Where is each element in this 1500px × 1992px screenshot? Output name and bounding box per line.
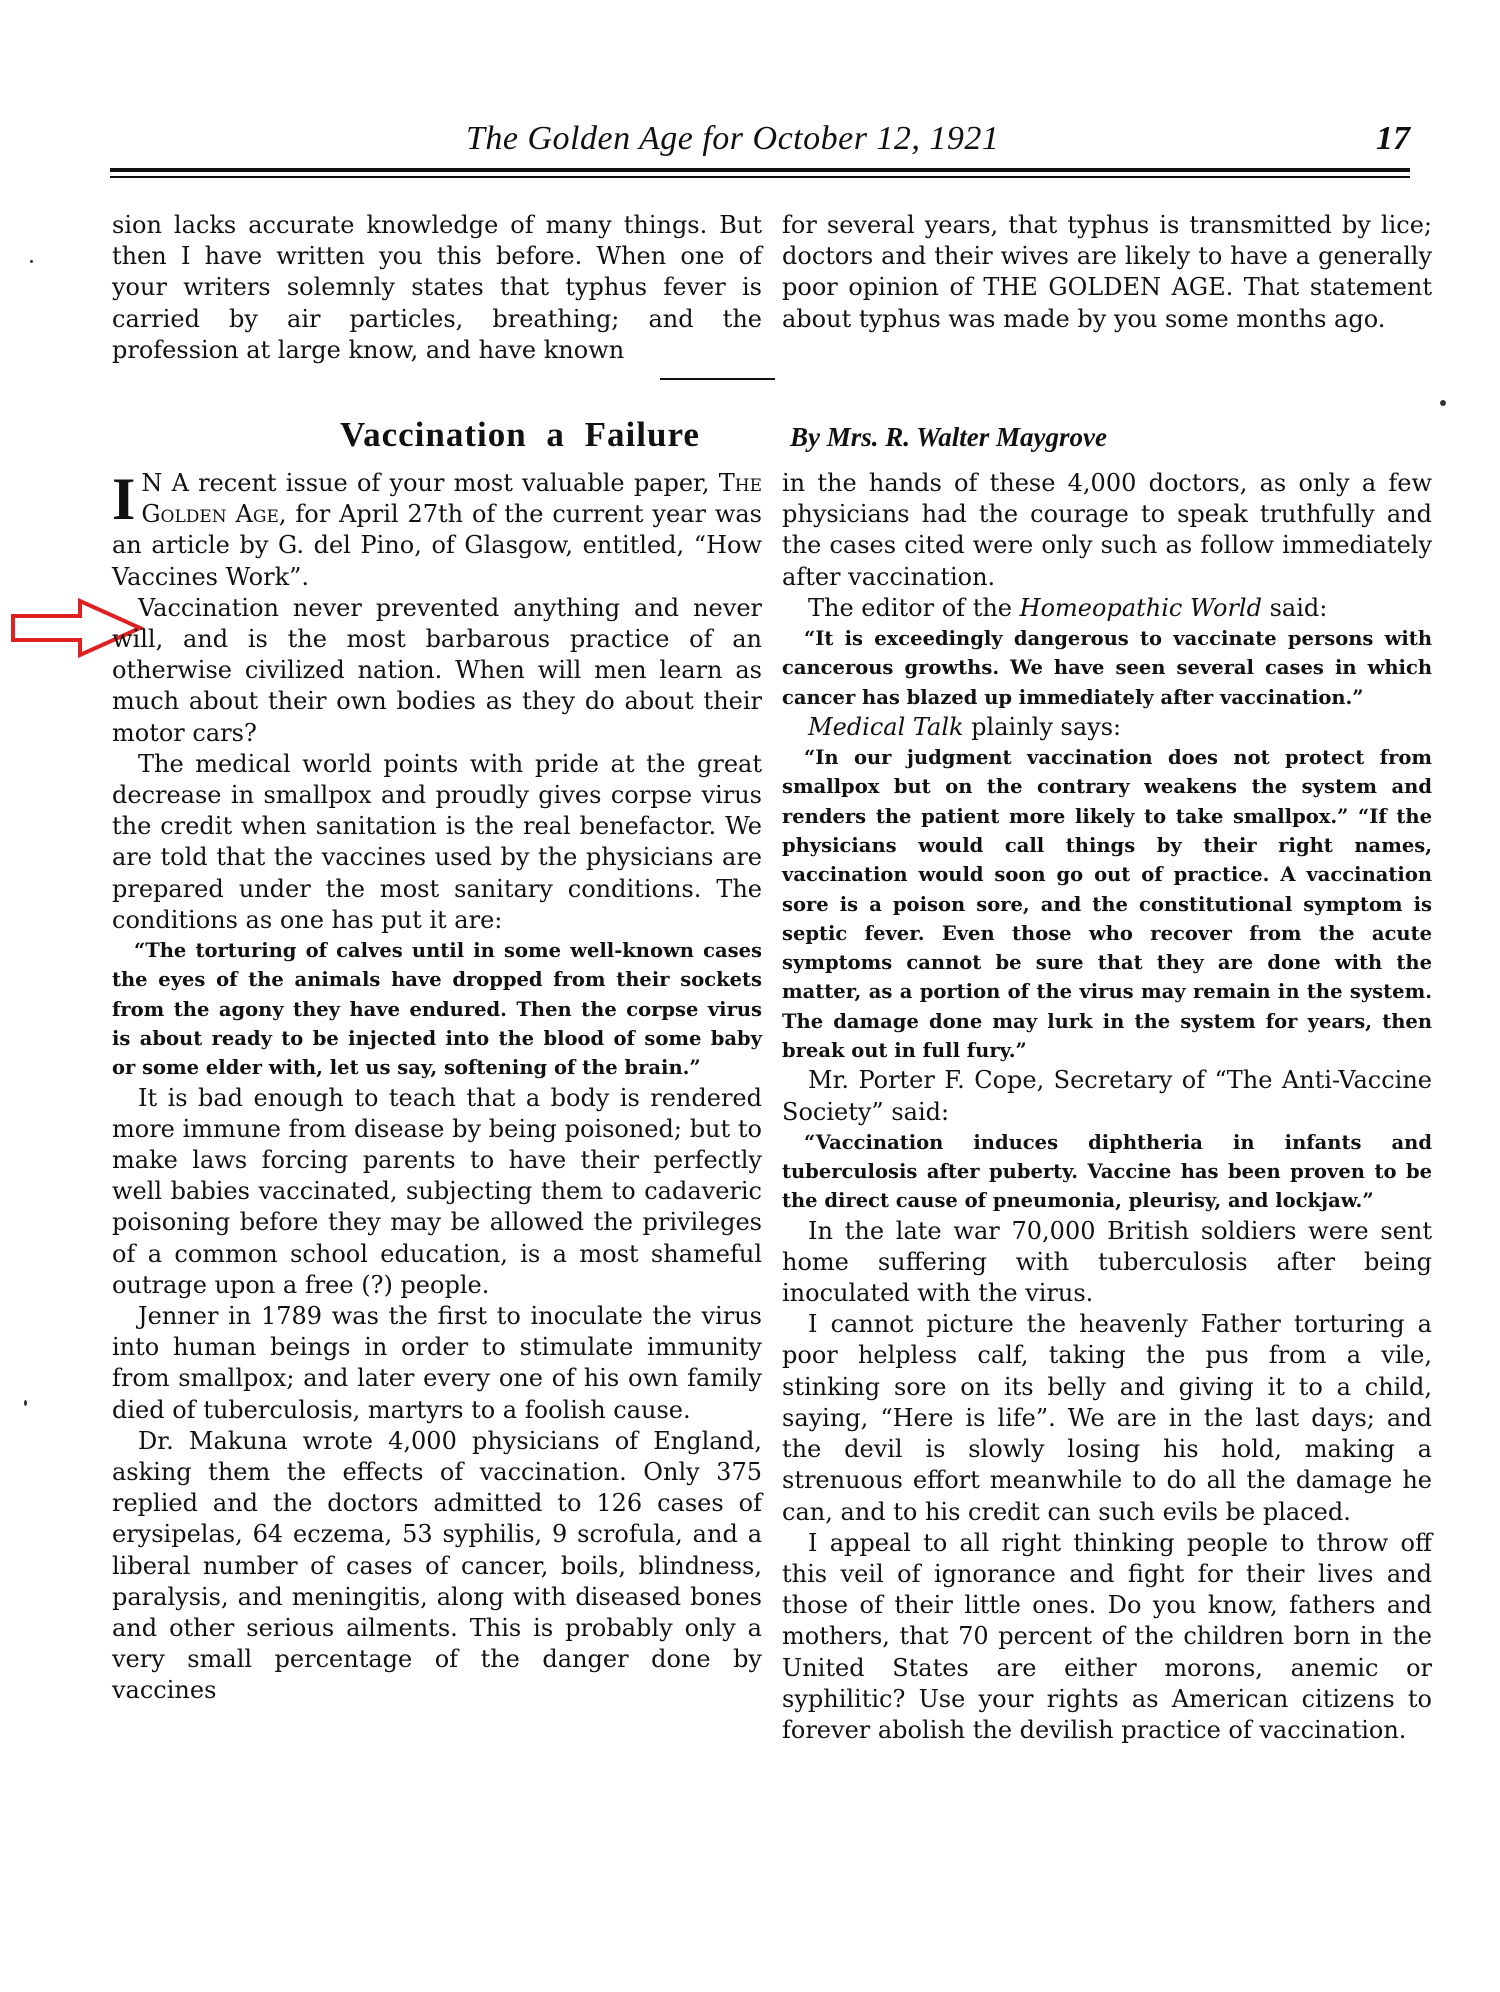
- header-rule-thick: [110, 168, 1410, 172]
- paragraph: In the late war 70,000 British soldiers …: [782, 1216, 1432, 1310]
- drop-cap: I: [112, 474, 135, 524]
- paragraph: It is bad enough to teach that a body is…: [112, 1083, 762, 1301]
- running-title: The Golden Age for October 12, 1921: [466, 120, 999, 158]
- scan-speck: [24, 1400, 27, 1406]
- section-divider: [660, 378, 775, 380]
- continued-right-text: for several years, that typhus is transm…: [782, 210, 1432, 335]
- paragraph: The editor of the Homeopathic World said…: [782, 593, 1432, 624]
- paragraph: I cannot picture the heavenly Father tor…: [782, 1309, 1432, 1527]
- continued-left-column: sion lacks accurate knowledge of many th…: [112, 210, 762, 366]
- source-title: Homeopathic World: [1020, 594, 1262, 622]
- scan-speck: [30, 260, 33, 263]
- paragraph: The medical world points with pride at t…: [112, 749, 762, 936]
- continued-left-text: sion lacks accurate knowledge of many th…: [112, 210, 762, 366]
- continued-right-column: for several years, that typhus is transm…: [782, 210, 1432, 335]
- paragraph: Jenner in 1789 was the first to inoculat…: [112, 1301, 762, 1426]
- scan-speck: [1440, 400, 1446, 406]
- article-byline: By Mrs. R. Walter Maygrove: [790, 422, 1107, 453]
- paragraph: Mr. Porter F. Cope, Secretary of “The An…: [782, 1065, 1432, 1127]
- block-quote: “In our judgment vaccination does not pr…: [782, 743, 1432, 1065]
- article-left-column: IN A recent issue of your most valuable …: [112, 468, 762, 1707]
- block-quote: “The torturing of calves until in some w…: [112, 936, 762, 1082]
- header-rule-thin: [110, 176, 1410, 178]
- paragraph: Medical Talk plainly says:: [782, 712, 1432, 743]
- block-quote: “Vaccination induces diphtheria in infan…: [782, 1128, 1432, 1216]
- page-header: The Golden Age for October 12, 1921 17: [110, 120, 1410, 180]
- block-quote: “It is exceedingly dangerous to vaccinat…: [782, 624, 1432, 712]
- article-title: Vaccination a Failure: [340, 415, 700, 455]
- page-number: 17: [1376, 120, 1410, 158]
- paragraph-intro: IN A recent issue of your most valuable …: [112, 468, 762, 593]
- source-title: Medical Talk: [808, 713, 964, 741]
- paragraph-highlighted: Vaccination never prevented anything and…: [112, 593, 762, 749]
- paragraph: Dr. Makuna wrote 4,000 physicians of Eng…: [112, 1426, 762, 1707]
- paragraph: I appeal to all right thinking people to…: [782, 1528, 1432, 1746]
- article-right-column: in the hands of these 4,000 doctors, as …: [782, 468, 1432, 1746]
- paragraph: in the hands of these 4,000 doctors, as …: [782, 468, 1432, 593]
